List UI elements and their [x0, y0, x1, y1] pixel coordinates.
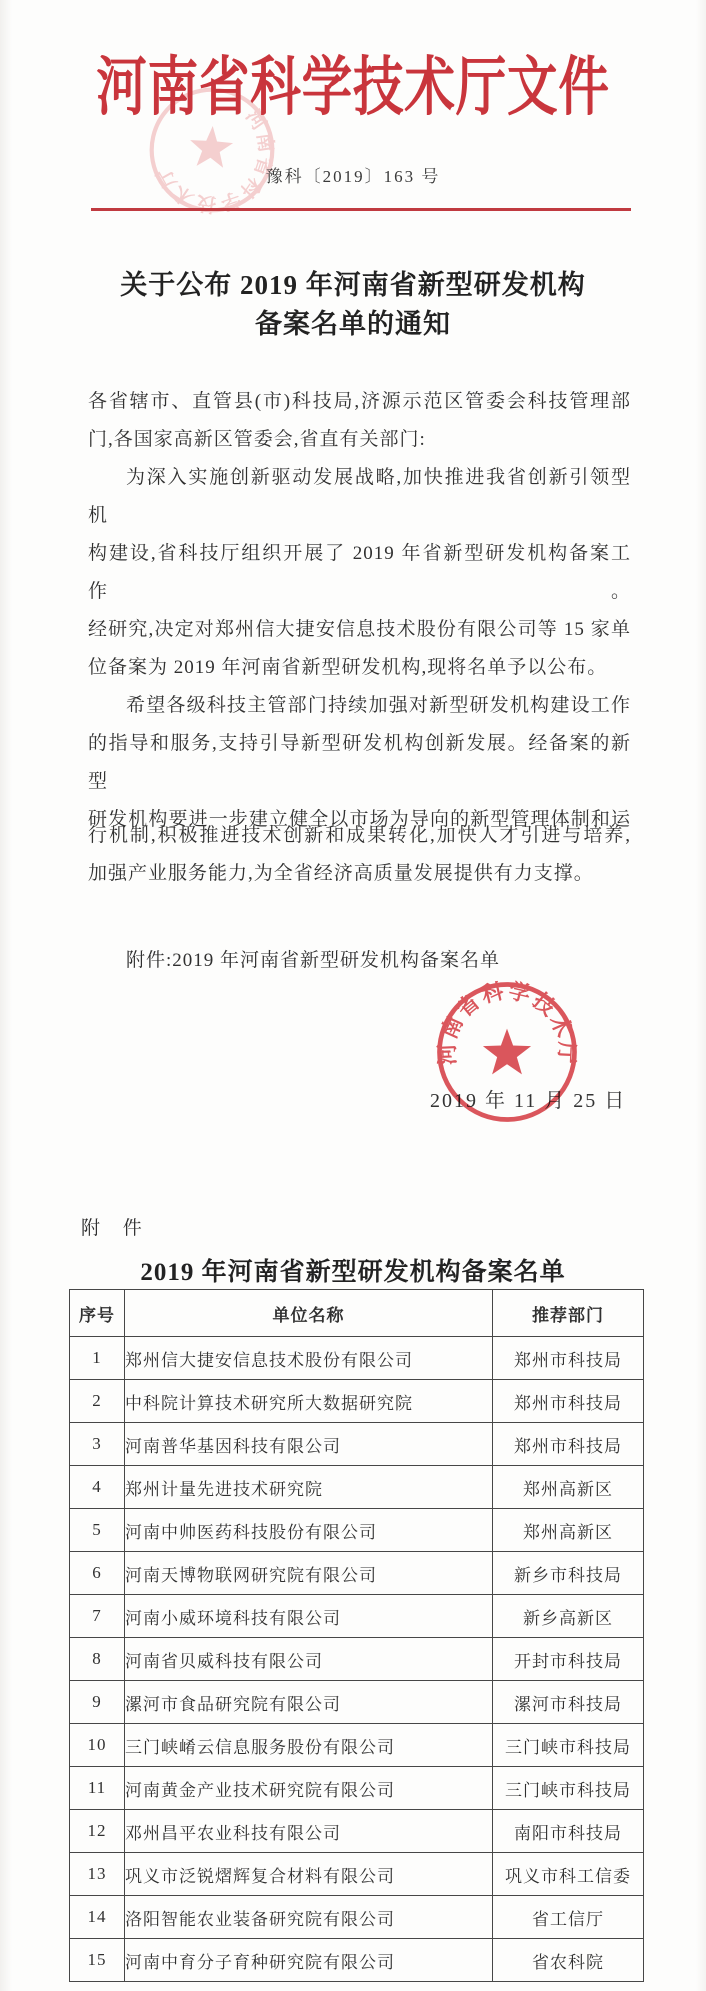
row-index-cell: 1: [70, 1337, 125, 1380]
unit-name-cell: 巩义市泛锐熠辉复合材料有限公司: [125, 1853, 493, 1896]
body-line: 行机制,积极推进技术创新和成果转化,加快人才引进与培养,: [88, 817, 631, 855]
recommending-dept-cell: 南阳市科技局: [493, 1810, 644, 1853]
recommending-dept-cell: 省工信厅: [493, 1896, 644, 1939]
table-row: 1 郑州信大捷安信息技术股份有限公司 郑州市科技局: [70, 1337, 644, 1380]
notice-title: 关于公布 2019 年河南省新型研发机构 备案名单的通知: [0, 266, 706, 344]
seal-star-icon: [483, 1029, 531, 1075]
recommending-dept-cell: 开封市科技局: [493, 1638, 644, 1681]
table-row: 5 河南中帅医药科技股份有限公司 郑州高新区: [70, 1509, 644, 1552]
body-line: 构建设,省科技厅组织开展了 2019 年省新型研发机构备案工作。: [88, 535, 631, 611]
unit-name-cell: 河南小威环境科技有限公司: [125, 1595, 493, 1638]
recommending-dept-cell: 郑州市科技局: [493, 1380, 644, 1423]
col-header-recommending-dept: 推荐部门: [493, 1290, 644, 1337]
unit-name-cell: 中科院计算技术研究所大数据研究院: [125, 1380, 493, 1423]
table-row: 9 漯河市食品研究院有限公司 漯河市科技局: [70, 1681, 644, 1724]
row-index-cell: 15: [70, 1939, 125, 1982]
table-row: 4 郑州计量先进技术研究院 郑州高新区: [70, 1466, 644, 1509]
row-index-cell: 5: [70, 1509, 125, 1552]
notice-title-line2: 备案名单的通知: [0, 305, 706, 344]
table-row: 10 三门峡崤云信息服务股份有限公司 三门峡市科技局: [70, 1724, 644, 1767]
row-index-cell: 7: [70, 1595, 125, 1638]
recommending-dept-cell: 巩义市科工信委: [493, 1853, 644, 1896]
row-index-cell: 2: [70, 1380, 125, 1423]
official-seal: 河南省科学技术厅: [432, 977, 582, 1127]
body-line: 各省辖市、直管县(市)科技局,济源示范区管委会科技管理部: [88, 383, 631, 421]
unit-name-cell: 河南黄金产业技术研究院有限公司: [125, 1767, 493, 1810]
notice-body-page1: 各省辖市、直管县(市)科技局,济源示范区管委会科技管理部 门,各国家高新区管委会…: [88, 383, 631, 839]
unit-name-cell: 河南普华基因科技有限公司: [125, 1423, 493, 1466]
body-line: 位备案为 2019 年河南省新型研发机构,现将名单予以公布。: [88, 649, 631, 687]
row-index-cell: 3: [70, 1423, 125, 1466]
body-line: 为深入实施创新驱动发展战略,加快推进我省创新引领型机: [88, 459, 631, 535]
row-index-cell: 12: [70, 1810, 125, 1853]
row-index-cell: 13: [70, 1853, 125, 1896]
row-index-cell: 8: [70, 1638, 125, 1681]
unit-name-cell: 洛阳智能农业装备研究院有限公司: [125, 1896, 493, 1939]
recommending-dept-cell: 郑州高新区: [493, 1509, 644, 1552]
unit-name-cell: 河南天博物联网研究院有限公司: [125, 1552, 493, 1595]
recommending-dept-cell: 郑州市科技局: [493, 1337, 644, 1380]
notice-title-line1: 关于公布 2019 年河南省新型研发机构: [0, 266, 706, 305]
attachment-title: 2019 年河南省新型研发机构备案名单: [0, 1252, 706, 1288]
recommending-dept-cell: 郑州市科技局: [493, 1423, 644, 1466]
scanned-document-page: 河南省科学技术厅 河南省科学技术厅文件 豫科〔2019〕163 号 关于公布 2…: [0, 0, 706, 1991]
unit-name-cell: 郑州信大捷安信息技术股份有限公司: [125, 1337, 493, 1380]
table-row: 8 河南省贝威科技有限公司 开封市科技局: [70, 1638, 644, 1681]
row-index-cell: 9: [70, 1681, 125, 1724]
unit-name-cell: 三门峡崤云信息服务股份有限公司: [125, 1724, 493, 1767]
table-header-row: 序号 单位名称 推荐部门: [70, 1290, 644, 1337]
unit-name-cell: 河南中帅医药科技股份有限公司: [125, 1509, 493, 1552]
row-index-cell: 4: [70, 1466, 125, 1509]
recommending-dept-cell: 漯河市科技局: [493, 1681, 644, 1724]
records-tbody: 1 郑州信大捷安信息技术股份有限公司 郑州市科技局 2 中科院计算技术研究所大数…: [70, 1337, 644, 1982]
body-line: 加强产业服务能力,为全省经济高质量发展提供有力支撑。: [88, 855, 631, 893]
col-header-index: 序号: [70, 1290, 125, 1337]
letterhead-org-title: 河南省科学技术厅文件: [74, 36, 632, 128]
recommending-dept-cell: 新乡高新区: [493, 1595, 644, 1638]
table-row: 2 中科院计算技术研究所大数据研究院 郑州市科技局: [70, 1380, 644, 1423]
table-row: 3 河南普华基因科技有限公司 郑州市科技局: [70, 1423, 644, 1466]
body-line: 的指导和服务,支持引导新型研发机构创新发展。经备案的新型: [88, 725, 631, 801]
records-table: 序号 单位名称 推荐部门 1 郑州信大捷安信息技术股份有限公司 郑州市科技局 2…: [69, 1289, 644, 1982]
row-index-cell: 11: [70, 1767, 125, 1810]
table-row: 13 巩义市泛锐熠辉复合材料有限公司 巩义市科工信委: [70, 1853, 644, 1896]
recommending-dept-cell: 三门峡市科技局: [493, 1767, 644, 1810]
table-row: 6 河南天博物联网研究院有限公司 新乡市科技局: [70, 1552, 644, 1595]
table-row: 11 河南黄金产业技术研究院有限公司 三门峡市科技局: [70, 1767, 644, 1810]
notice-body-page2: 行机制,积极推进技术创新和成果转化,加快人才引进与培养, 加强产业服务能力,为全…: [88, 817, 631, 893]
unit-name-cell: 河南省贝威科技有限公司: [125, 1638, 493, 1681]
row-index-cell: 14: [70, 1896, 125, 1939]
attachment-label: 附 件: [81, 1213, 151, 1240]
table-row: 12 邓州昌平农业科技有限公司 南阳市科技局: [70, 1810, 644, 1853]
unit-name-cell: 郑州计量先进技术研究院: [125, 1466, 493, 1509]
recommending-dept-cell: 新乡市科技局: [493, 1552, 644, 1595]
table-row: 14 洛阳智能农业装备研究院有限公司 省工信厅: [70, 1896, 644, 1939]
attachment-reference: 附件:2019 年河南省新型研发机构备案名单: [88, 945, 631, 972]
row-index-cell: 6: [70, 1552, 125, 1595]
col-header-unit-name: 单位名称: [125, 1290, 493, 1337]
table-row: 7 河南小威环境科技有限公司 新乡高新区: [70, 1595, 644, 1638]
unit-name-cell: 河南中育分子育种研究院有限公司: [125, 1939, 493, 1982]
recommending-dept-cell: 郑州高新区: [493, 1466, 644, 1509]
unit-name-cell: 邓州昌平农业科技有限公司: [125, 1810, 493, 1853]
row-index-cell: 10: [70, 1724, 125, 1767]
red-divider-line: [91, 208, 631, 211]
table-row: 15 河南中育分子育种研究院有限公司 省农科院: [70, 1939, 644, 1982]
recommending-dept-cell: 省农科院: [493, 1939, 644, 1982]
body-line: 门,各国家高新区管委会,省直有关部门:: [88, 421, 631, 459]
doc-number: 豫科〔2019〕163 号: [0, 162, 706, 187]
unit-name-cell: 漯河市食品研究院有限公司: [125, 1681, 493, 1724]
recommending-dept-cell: 三门峡市科技局: [493, 1724, 644, 1767]
body-line: 经研究,决定对郑州信大捷安信息技术股份有限公司等 15 家单: [88, 611, 631, 649]
body-line: 希望各级科技主管部门持续加强对新型研发机构建设工作: [88, 687, 631, 725]
